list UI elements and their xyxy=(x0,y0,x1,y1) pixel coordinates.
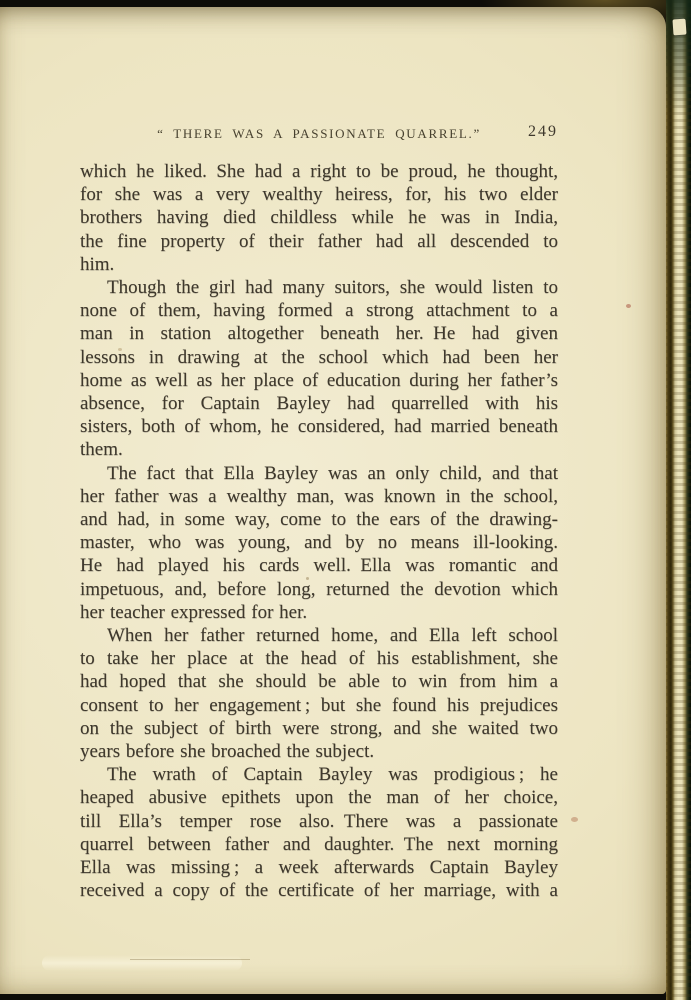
text-line: received a copy of the certificate of he… xyxy=(80,879,558,902)
text-line: When her father returned home, and Ella … xyxy=(80,624,558,647)
text-line: the fine property of their father had al… xyxy=(80,230,558,253)
text-line: her father was a wealthy man, was known … xyxy=(80,485,558,508)
scan-speck xyxy=(118,348,122,351)
scan-speck xyxy=(626,304,631,308)
text-line: sisters, both of whom, he considered, ha… xyxy=(80,415,558,438)
page-edge-notch xyxy=(672,19,686,36)
text-line: lessons in drawing at the school which h… xyxy=(80,346,558,369)
text-line: which he liked. She had a right to be pr… xyxy=(80,160,558,183)
text-line: none of them, having formed a strong att… xyxy=(80,299,558,322)
text-line: her teacher expressed for her. xyxy=(80,601,558,624)
text-line: absence, for Captain Bayley had quarrell… xyxy=(80,392,558,415)
book-page-scan: “ THERE WAS A PASSIONATE QUARREL.” 249 w… xyxy=(0,0,691,1000)
text-line: consent to her engagement ; but she foun… xyxy=(80,694,558,717)
scan-speck xyxy=(306,577,309,580)
scan-speck xyxy=(571,817,578,822)
book-page: “ THERE WAS A PASSIONATE QUARREL.” 249 w… xyxy=(0,7,666,994)
text-line: till Ella’s temper rose also. There was … xyxy=(80,810,558,833)
text-line: brothers having died childless while he … xyxy=(80,206,558,229)
text-line: heaped abusive epithets upon the man of … xyxy=(80,786,558,809)
running-header: “ THERE WAS A PASSIONATE QUARREL.” 249 xyxy=(80,126,558,142)
text-line: on the subject of birth were strong, and… xyxy=(80,717,558,740)
body-text: which he liked. She had a right to be pr… xyxy=(80,160,558,903)
text-line: for she was a very wealthy heiress, for,… xyxy=(80,183,558,206)
text-line: man in station altogether beneath her. H… xyxy=(80,322,558,345)
text-line: them. xyxy=(80,438,558,461)
text-line: to take her place at the head of his est… xyxy=(80,647,558,670)
text-line: had hoped that she should be able to win… xyxy=(80,670,558,693)
scan-smudge-streak xyxy=(42,955,242,971)
text-line: The fact that Ella Bayley was an only ch… xyxy=(80,462,558,485)
text-line: home as well as her place of education d… xyxy=(80,369,558,392)
book-fore-edge xyxy=(666,0,691,1000)
text-line: He had played his cards well. Ella was r… xyxy=(80,554,558,577)
text-line: and had, in some way, come to the ears o… xyxy=(80,508,558,531)
page-number: 249 xyxy=(528,123,558,141)
text-line: him. xyxy=(80,253,558,276)
text-line: quarrel between father and daughter. The… xyxy=(80,833,558,856)
text-line: impetuous, and, before long, returned th… xyxy=(80,578,558,601)
running-header-title: “ THERE WAS A PASSIONATE QUARREL.” xyxy=(80,126,558,142)
text-line: years before she broached the subject. xyxy=(80,740,558,763)
text-line: master, who was young, and by no means i… xyxy=(80,531,558,554)
text-line: The wrath of Captain Bayley was prodigio… xyxy=(80,763,558,786)
text-line: Ella was missing ; a week afterwards Cap… xyxy=(80,856,558,879)
text-line: Though the girl had many suitors, she wo… xyxy=(80,276,558,299)
